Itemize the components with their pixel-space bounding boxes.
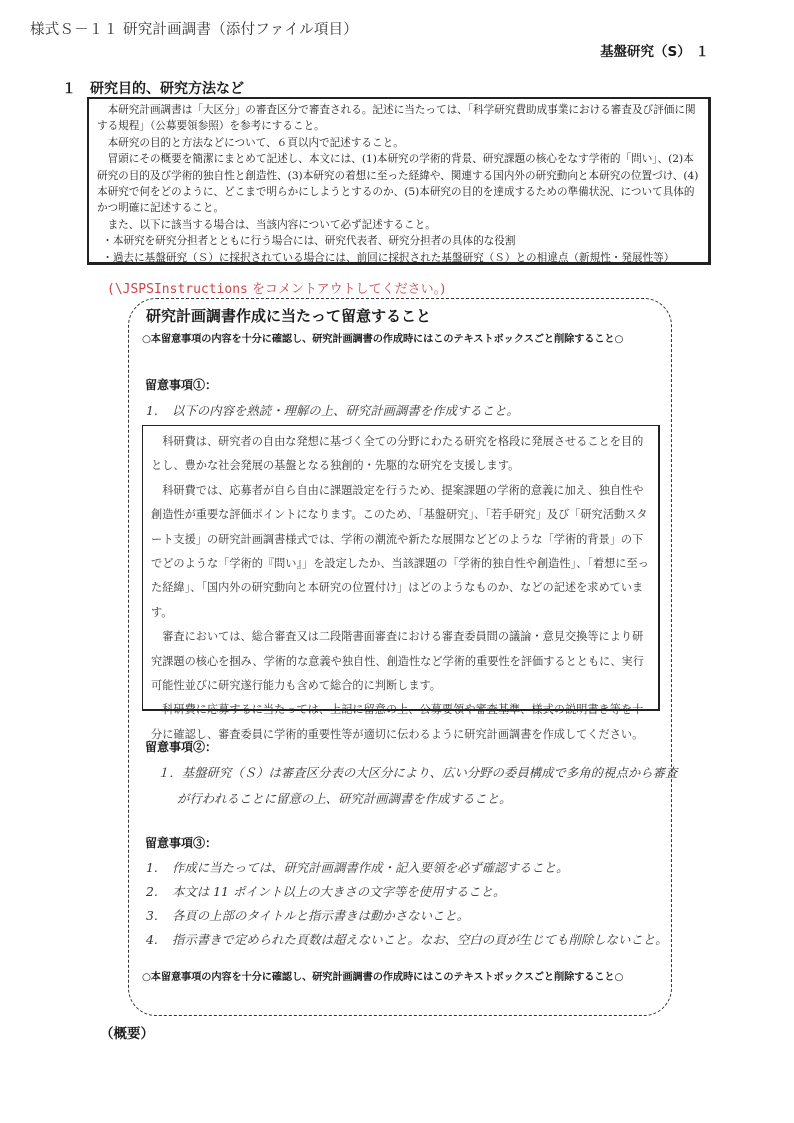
point-text: 基盤研究（Ｓ）は審査区分表の大区分により、広い分野の委員構成で多角的視点から審査 [182,765,678,780]
instruction-bullet: ・本研究を研究分担者とともに行う場合には、研究代表者、研究分担者の具体的な役割 [97,233,702,249]
point-line-2: が行われることに留意の上、研究計画調書を作成すること。 [157,789,677,807]
section-title: 研究目的、研究方法など [90,81,244,97]
instructions-box: 本研究計画調書は「大区分」の審査区分で審査される。記述に当たっては、「科学研究費… [87,97,711,265]
point-text: 作成に当たっては、研究計画調書作成・記入要領を必ず確認すること。 [172,860,569,875]
explanation-paragraph: 科研費では、応募者が自ら自由に課題設定を行うため、提案課題の学術的意義に加え、独… [151,479,652,625]
notice-caution-top: ○本留意事項の内容を十分に確認し、研究計画調書の作成時にはこのテキストボックスご… [142,330,623,345]
notice-item-3-heading: 留意事項③： [145,834,217,851]
comment-out-command: (\JSPSInstructions [107,282,248,297]
research-category: 基盤研究（S） １ [600,40,709,60]
point-number: 1. [146,860,172,875]
point-line-1: １．基盤研究（Ｓ）は審査区分表の大区分により、広い分野の委員構成で多角的視点から… [157,763,677,781]
point-text: 本文は 11 ポイント以上の大きさの文字等を使用すること。 [172,884,505,899]
notice-item-3-point: 1.作成に当たっては、研究計画調書作成・記入要領を必ず確認すること。 [146,858,569,876]
instruction-paragraph: 本研究計画調書は「大区分」の審査区分で審査される。記述に当たっては、「科学研究費… [97,102,702,135]
instruction-paragraph: 冒頭にその概要を簡潔にまとめて記述し、本文には、(1)本研究の学術的背景、研究課… [97,151,702,217]
notice-title: 研究計画調書作成に当たって留意すること [146,305,431,326]
form-title: 様式Ｓ－１１ 研究計画調書（添付ファイル項目） [30,18,358,39]
point-number: 2. [146,884,172,899]
explanation-paragraph: 科研費は、研究者の自由な発想に基づく全ての分野にわたる研究を格段に発展させること… [151,430,652,479]
explanation-paragraph: 審査においては、総合審査又は二段階書面審査における審査委員間の議論・意見交換等に… [151,625,652,698]
notice-item-3-point: 4.指示書きで定められた頁数は超えないこと。なお、空白の頁が生じても削除しないこ… [146,930,668,948]
instruction-paragraph: 本研究の目的と方法などについて、６頁以内で記述すること。 [97,135,702,151]
section-number: １ [62,78,90,98]
comment-out-text: をコメントアウトしてください。) [248,282,445,297]
point-number: 1. [146,403,172,418]
notice-item-1-heading: 留意事項①： [145,376,217,393]
notice-item-3-point: 2.本文は 11 ポイント以上の大きさの文字等を使用すること。 [146,882,505,900]
point-number: 3. [146,908,172,923]
summary-label: （概要） [100,1022,154,1042]
notice-item-1-point: 1.以下の内容を熟読・理解の上、研究計画調書を作成すること。 [146,401,519,419]
point-text: 各頁の上部のタイトルと指示書きは動かさないこと。 [172,908,469,923]
notice-caution-bottom: ○本留意事項の内容を十分に確認し、研究計画調書の作成時にはこのテキストボックスご… [142,968,623,983]
instruction-paragraph: また、以下に該当する場合は、当該内容について必ず記述すること。 [97,217,702,233]
instruction-bullet: ・過去に基盤研究（Ｓ）に採択されている場合には、前回に採択された基盤研究（Ｓ）と… [97,250,702,266]
notice-item-2-heading: 留意事項②： [145,738,217,755]
point-text: 以下の内容を熟読・理解の上、研究計画調書を作成すること。 [172,403,519,418]
notice-item-3-point: 3.各頁の上部のタイトルと指示書きは動かさないこと。 [146,906,469,924]
explanation-paragraph: 科研費に応募するに当たっては、上記に留意の上、公募要領や審査基準、様式の説明書き… [151,698,652,747]
comment-out-note: (\JSPSInstructions をコメントアウトしてください。) [107,278,445,297]
notice-item-2-point: １．基盤研究（Ｓ）は審査区分表の大区分により、広い分野の委員構成で多角的視点から… [157,763,677,807]
kakenhi-explanation-box: 科研費は、研究者の自由な発想に基づく全ての分野にわたる研究を格段に発展させること… [142,425,660,711]
point-number: 4. [146,932,172,947]
section-heading: １研究目的、研究方法など [62,78,244,98]
point-number: １． [157,765,182,780]
point-text: 指示書きで定められた頁数は超えないこと。なお、空白の頁が生じても削除しないこと。 [172,932,668,947]
